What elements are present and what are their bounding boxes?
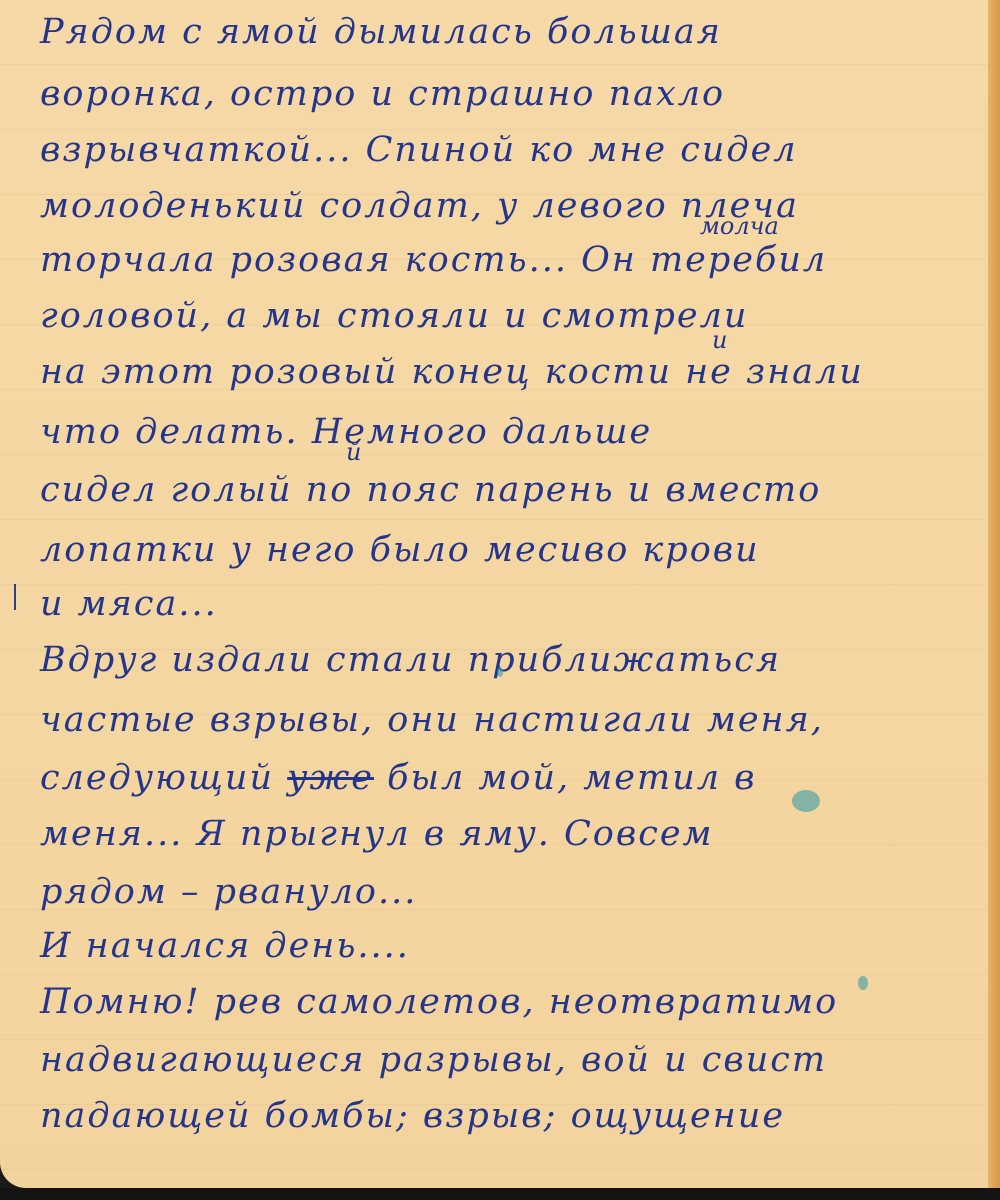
text-line-3: взрывчаткой... Спиной ко мне сидел [40,130,798,170]
insertion-above-line-9: й [346,438,361,466]
text-line-6: головой, а мы стояли и смотрели [40,296,748,336]
text-line-14: следующий уже был мой, метил в [40,758,757,798]
text-line-10: лопатки у него было месиво крови [40,530,760,570]
insertion-above-line-5: молча [700,212,779,240]
text-line-5: торчала розовая кость... Он теребил [40,240,827,280]
text-line-12: Вдруг издали стали приближаться [40,640,781,680]
text-line-19: надвигающиеся разрывы, вой и свист [40,1040,827,1080]
page-bottom-shadow [0,1188,1000,1200]
ink-blot [497,667,503,677]
text-line-16: рядом – рвануло... [40,872,417,912]
ink-blot [858,976,868,990]
insertion-above-line-7: и [712,326,727,354]
text-line-1: Рядом с ямой дымилась большая [40,12,722,52]
text-line-4: молоденький солдат, у левого плеча [40,186,799,226]
page-edge [988,0,1000,1200]
line-14-start: следующий [40,758,274,798]
text-line-13: частые взрывы, они настигали меня, [40,700,824,740]
margin-mark [14,584,16,610]
ink-blot [792,790,820,812]
text-line-17: И начался день.... [40,926,410,966]
text-line-11: и мяса... [40,584,218,624]
text-line-18: Помню! рев самолетов, неотвратимо [40,982,838,1022]
struck-word: уже [287,758,374,798]
line-14-end: был мой, метил в [387,758,756,798]
text-line-7: на этот розовый конец кости не знали [40,352,864,392]
notebook-page: Рядом с ямой дымилась большая воронка, о… [0,0,990,1188]
text-line-20: падающей бомбы; взрыв; ощущение [40,1096,785,1136]
text-line-2: воронка, остро и страшно пахло [40,74,725,114]
text-line-15: меня... Я прыгнул в яму. Совсем [40,814,714,854]
text-line-9: сидел голый по пояс парень и вместо [40,470,821,510]
